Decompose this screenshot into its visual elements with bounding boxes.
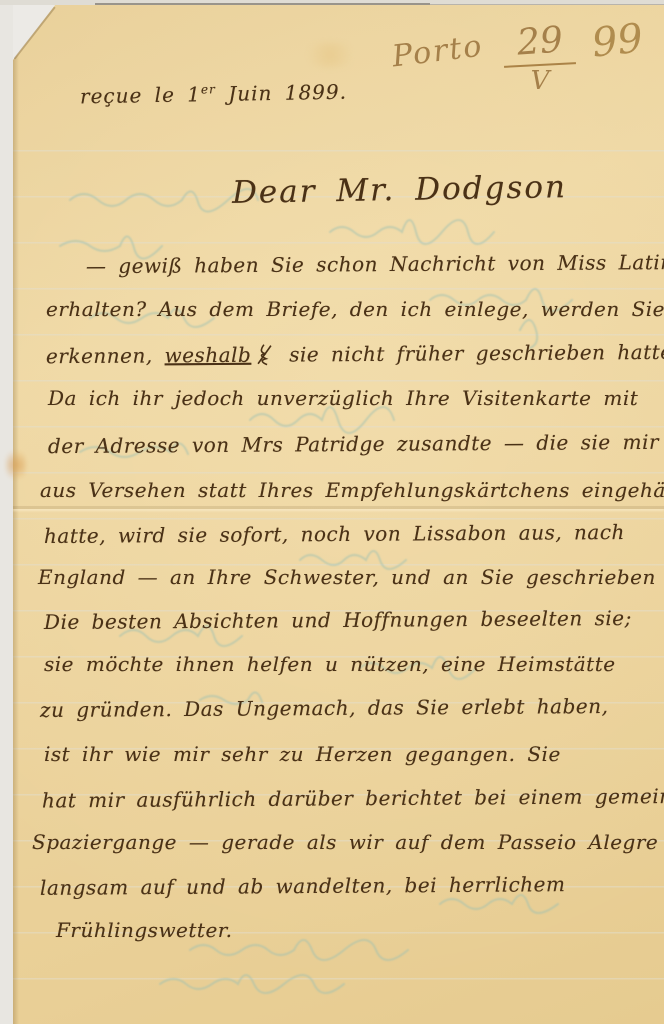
place-date-note: Porto 29 V 99 [392,22,652,132]
body-line-16: Frühlingswetter. [56,918,233,942]
bleedthrough-ink [0,0,664,1024]
body-line-15: langsam auf und ab wandelten, bei herrli… [40,872,566,900]
body-line-12: ist ihr wie mir sehr zu Herzen gegangen.… [44,742,561,766]
body-line-8: England — an Ihre Schwester, und an Sie … [38,565,664,589]
body-line-6: aus Versehen statt Ihres Empfehlungskärt… [40,478,664,502]
paper-stain [300,42,360,68]
body-line-2: erhalten? Aus dem Briefe, den ich einleg… [46,297,664,321]
date-day: 29 [499,19,582,64]
scanner-background: reçue le 1er Juin 1899. Porto 29 V 99 De… [0,0,664,1024]
body-line-14: Spaziergange — gerade als wir auf dem Pa… [32,830,658,854]
body-line-3: erkennen, weshalb sie nicht früher gesch… [46,340,664,368]
strikeout-scribble [255,344,273,366]
fold-crease [13,506,664,509]
received-note: reçue le 1er Juin 1899. [80,80,347,109]
received-note-ordinal: er [201,82,216,96]
date-year: 99 [590,15,645,66]
rust-stain [6,446,26,484]
body-line-1: — gewiß haben Sie schon Nachricht von Mi… [86,250,664,278]
body-line-9: Die besten Absichten und Hoffnungen bese… [44,606,632,634]
underlined-word: weshalb [164,343,251,368]
scan-edge-line [95,3,430,5]
body-line-7: hatte, wird sie sofort, noch von Lissabo… [44,520,625,548]
body-line-11: zu gründen. Das Ungemach, das Sie erlebt… [40,694,609,722]
received-note-date: Juin 1899. [216,80,348,106]
scan-edge-line [430,4,664,5]
date-fraction: 29 V [500,22,580,94]
place-name: Porto [390,29,485,75]
paper-edge-shadow [13,0,19,1024]
body-line-10: sie möchte ihnen helfen u nützen, eine H… [44,652,616,676]
body-line-3-post: sie nicht früher geschrieben hatte. [277,340,664,367]
salutation: Dear Mr. Dodgson [232,169,568,211]
received-note-text: reçue le 1 [80,82,201,108]
body-line-13: hat mir ausführlich darüber berichtet be… [42,784,664,813]
body-line-3-pre: erkennen, [46,343,165,368]
date-month: V [500,68,580,94]
body-line-5: der Adresse von Mrs Patridge zusandte — … [48,430,659,458]
body-line-4: Da ich ihr jedoch unverzüglich Ihre Visi… [48,386,638,410]
